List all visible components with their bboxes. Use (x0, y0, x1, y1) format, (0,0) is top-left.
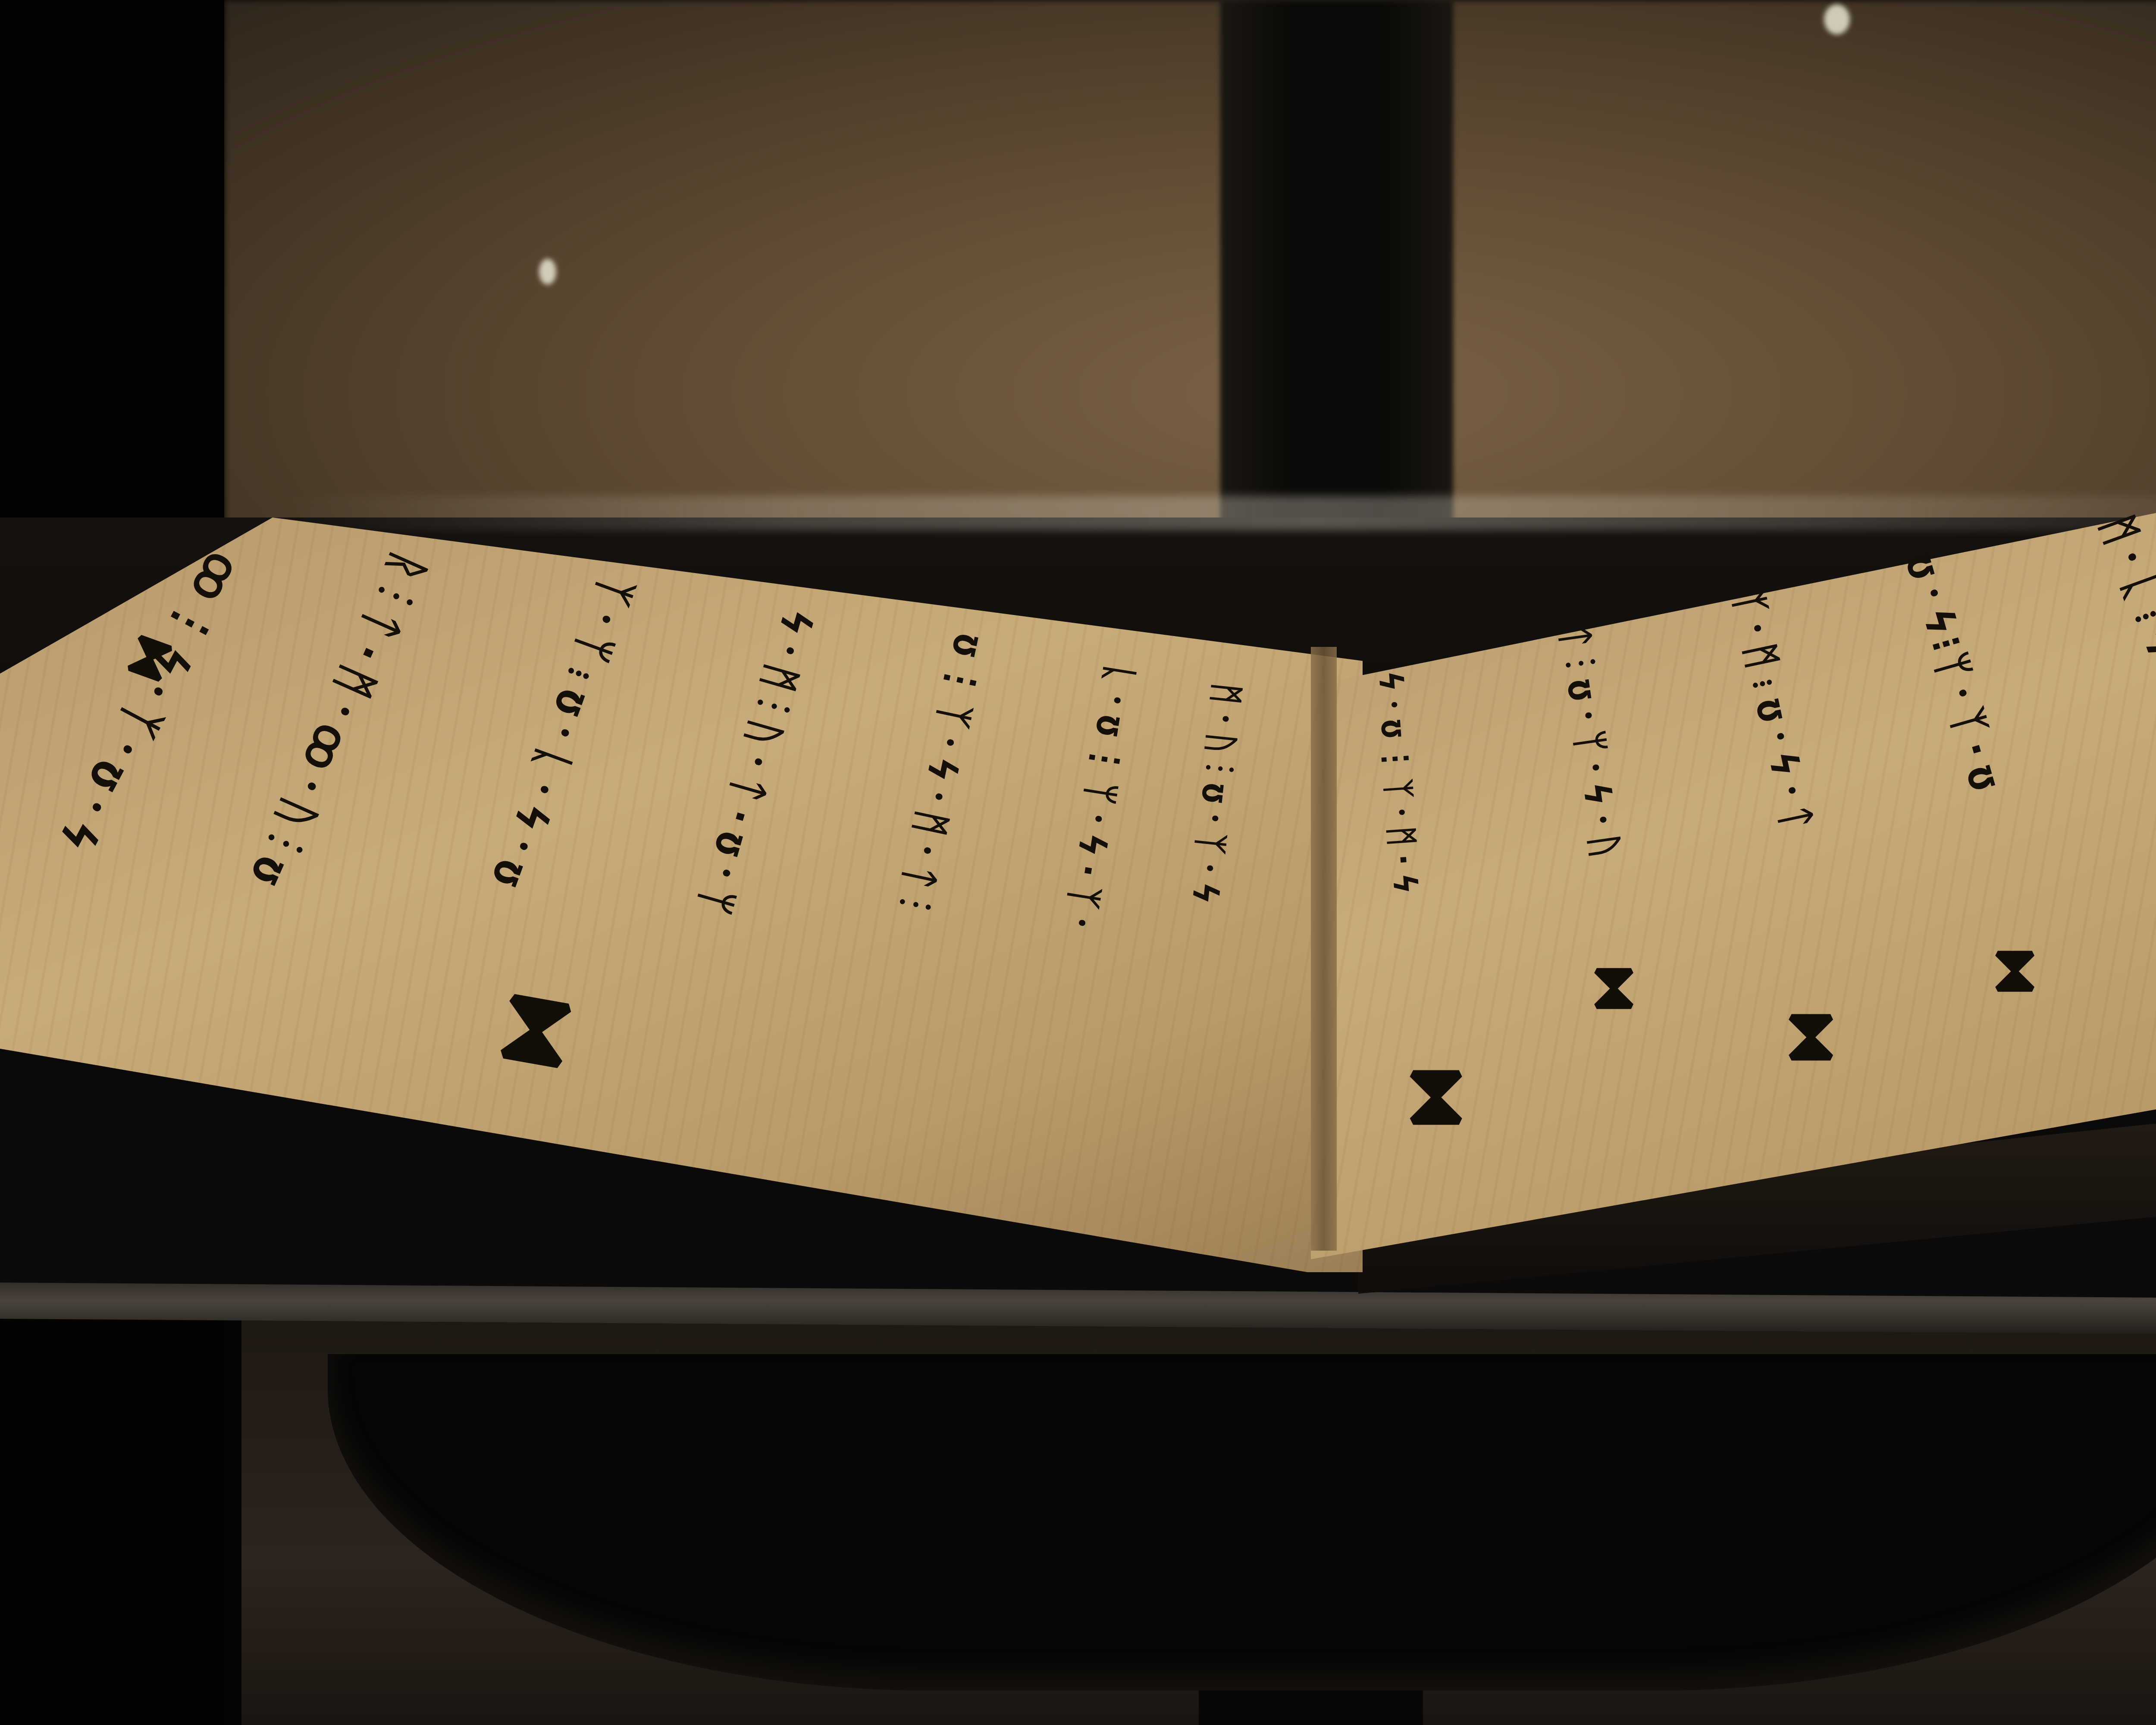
hourglass-glyph: ⧗ (1591, 949, 1636, 1025)
book-gutter (1311, 647, 1337, 1251)
hourglass-glyph: ⧗ (1992, 931, 2037, 1008)
blurred-wall-background (224, 0, 2156, 561)
book-cradle-stand (328, 1354, 2156, 1690)
hourglass-glyph: ⧗ (1406, 1044, 1466, 1145)
light-reflection-top (1824, 4, 1850, 34)
hourglass-glyph: ⧗ (1785, 992, 1836, 1078)
glass-reflection (280, 496, 2156, 530)
background-post (1220, 0, 1453, 561)
museum-display-photo: ꝏ⋮ϟ᛫ᛉ᛫ʊ᛫ϟ ᚱ⁝ᛏ·ᛗ᛫ꝏ᛫ᚢ⁝ʊ ᛉ᛫ᛘ⋮ʊ᛫ᚳ᛫ϟ᛫ʊ ϟ᛫ᛗ⁝ᚢ᛫… (0, 0, 2156, 1725)
light-reflection-left (539, 259, 556, 285)
